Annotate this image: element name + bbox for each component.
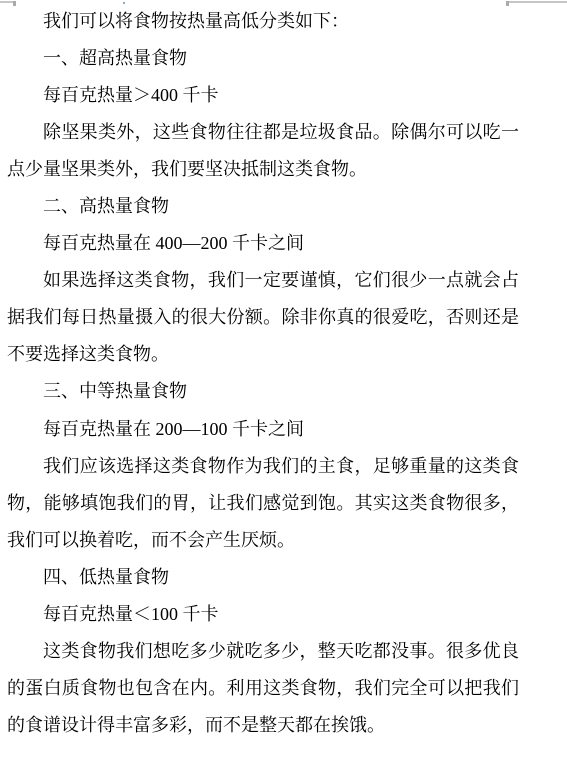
paragraph-1-line-2: 点少量坚果类外，我们要坚决抵制这类食物。: [7, 151, 519, 188]
paragraph-4-line-2: 的蛋白质食物也包含在内。利用这类食物，我们完全可以把我们: [7, 670, 519, 707]
document-page: 我们可以将食物按热量高低分类如下： 一、超高热量食物 每百克热量＞400 千卡 …: [0, 0, 567, 771]
calorie-range-3: 每百克热量在 200—100 千卡之间: [7, 411, 519, 448]
heading-category-2: 二、高热量食物: [7, 188, 519, 225]
paragraph-3-line-2: 物，能够填饱我们的胃，让我们感觉到饱。其实这类食物很多，: [7, 485, 519, 522]
intro-line: 我们可以将食物按热量高低分类如下：: [7, 3, 519, 40]
paragraph-2-line-3: 不要选择这类食物。: [7, 336, 519, 373]
paragraph-2-line-1: 如果选择这类食物，我们一定要谨慎，它们很少一点就会占: [7, 262, 519, 299]
calorie-threshold-4: 每百克热量＜100 千卡: [7, 596, 519, 633]
paragraph-4-line-3: 的食谱设计得丰富多彩，而不是整天都在挨饿。: [7, 707, 519, 744]
calorie-threshold-1: 每百克热量＞400 千卡: [7, 77, 519, 114]
paragraph-3-line-1: 我们应该选择这类食物作为我们的主食，足够重量的这类食: [7, 448, 519, 485]
heading-category-3: 三、中等热量食物: [7, 373, 519, 410]
calorie-range-2: 每百克热量在 400—200 千卡之间: [7, 225, 519, 262]
heading-category-4: 四、低热量食物: [7, 559, 519, 596]
paragraph-1-line-1: 除坚果类外，这些食物往往都是垃圾食品。除偶尔可以吃一: [7, 114, 519, 151]
paragraph-2-line-2: 据我们每日热量摄入的很大份额。除非你真的很爱吃，否则还是: [7, 299, 519, 336]
document-text: 我们可以将食物按热量高低分类如下： 一、超高热量食物 每百克热量＞400 千卡 …: [7, 3, 519, 744]
heading-category-1: 一、超高热量食物: [7, 40, 519, 77]
paragraph-4-line-1: 这类食物我们想吃多少就吃多少，整天吃都没事。很多优良: [7, 633, 519, 670]
paragraph-3-line-3: 我们可以换着吃，而不会产生厌烦。: [7, 522, 519, 559]
